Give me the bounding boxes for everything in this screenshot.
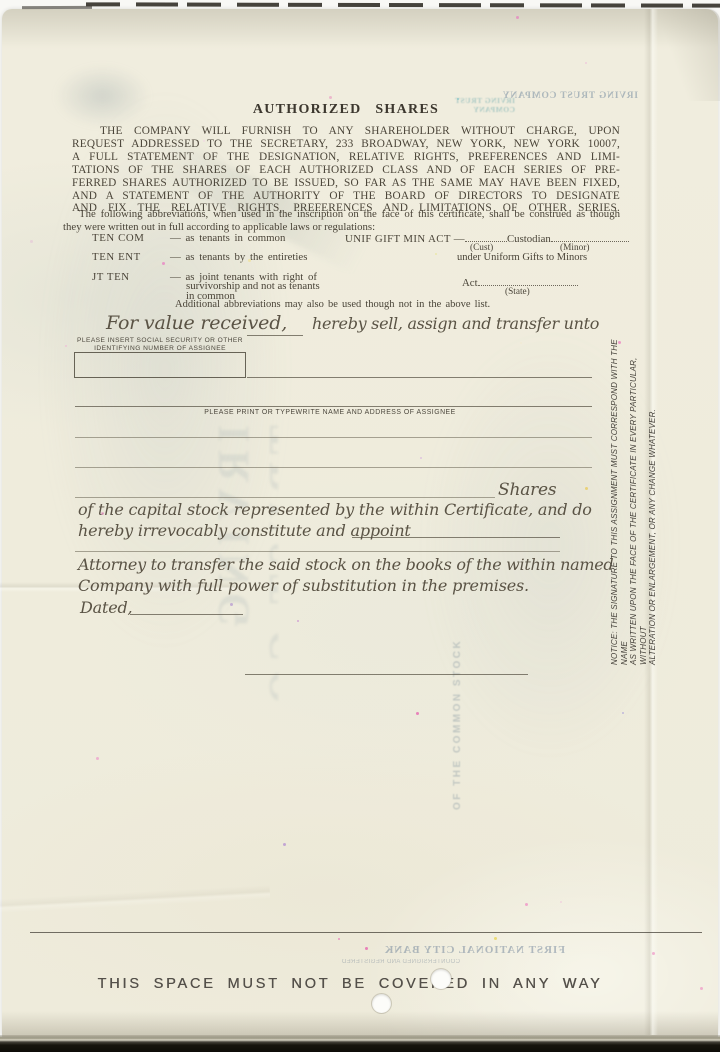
- paper-fiber-speck: [101, 512, 104, 515]
- paper-fiber-speck: [700, 987, 703, 990]
- paper-fiber-speck: [230, 603, 233, 606]
- dated-fill-line: [130, 614, 243, 615]
- punch-hole-1: [431, 969, 451, 989]
- footer-separator-line: [30, 932, 702, 933]
- abbrev-ten-com-def: — as tenants in common: [170, 232, 285, 244]
- for-value-received-text: For value received,: [106, 312, 287, 334]
- paper-fiber-speck: [248, 259, 251, 262]
- paper-fiber-speck: [525, 903, 528, 906]
- paragraph-line: AND A STATEMENT OF THE AUTHORITY OF THE …: [72, 190, 620, 203]
- paragraph-line: A FULL STATEMENT OF THE DESIGNATION, REL…: [72, 151, 620, 164]
- paper-fiber-speck: [203, 140, 205, 142]
- company-statement-paragraph: THE COMPANY WILL FURNISH TO ANY SHAREHOL…: [72, 125, 620, 215]
- paper-fiber-speck: [283, 843, 286, 846]
- state-caption: (State): [505, 287, 530, 297]
- paper-fiber-speck: [457, 98, 459, 100]
- paper-fiber-speck: [420, 457, 422, 459]
- abbrev-ten-ent-def: — as tenants by the entireties: [170, 251, 307, 263]
- certificate-back-scan: IRVING TRUST COMPANY IRVING TRUST COMPAN…: [0, 0, 720, 1052]
- paper-fiber-speck: [297, 620, 299, 622]
- paragraph-line: THE COMPANY WILL FURNISH TO ANY SHAREHOL…: [72, 125, 620, 138]
- paper-fiber-speck: [329, 96, 332, 99]
- unif-gift-min-act-label: UNIF GIFT MIN ACT —: [345, 233, 465, 245]
- attorney-line2: Company with full power of substitution …: [78, 576, 529, 595]
- abbreviations-intro: The following abbreviations, when used i…: [63, 208, 620, 234]
- top-edge-shadow-left: [22, 6, 92, 9]
- signature-line: [245, 674, 528, 675]
- intro-line: The following abbreviations, when used i…: [63, 208, 620, 221]
- attorney-line1: Attorney to transfer the said stock on t…: [78, 555, 613, 574]
- signature-notice: NOTICE: THE SIGNATURE TO THIS ASSIGNMENT…: [610, 319, 640, 665]
- paper-fiber-speck: [416, 712, 419, 715]
- paper-fiber-speck: [494, 937, 497, 940]
- paper-fiber-speck: [65, 345, 67, 347]
- write-line-4: [75, 467, 592, 468]
- ssn-label: PLEASE INSERT SOCIAL SECURITY OR OTHER I…: [72, 337, 248, 352]
- write-line-5: [75, 497, 495, 498]
- top-edge-shadow: [86, 2, 720, 7]
- act-fill-line: [478, 276, 578, 286]
- bottom-edge-shadow: [0, 1035, 720, 1052]
- ssn-box: [74, 352, 246, 378]
- write-line-3: [75, 437, 592, 438]
- paper-fiber-speck: [618, 341, 621, 344]
- transfer-phrase-text: hereby sell, assign and transfer unto: [312, 314, 599, 333]
- paper-fiber-speck: [30, 240, 33, 243]
- paper-fiber-speck: [162, 262, 165, 265]
- paper-fiber-speck: [338, 938, 340, 940]
- shares-word: Shares: [498, 480, 556, 500]
- authorized-shares-title: AUTHORIZED SHARES: [72, 102, 620, 118]
- paper-fiber-speck: [435, 253, 437, 255]
- punch-hole-2: [372, 994, 391, 1013]
- additional-abbreviations-note: Additional abbreviations may also be use…: [175, 299, 490, 310]
- paper-fiber-speck: [520, 342, 522, 344]
- ssn-label-line1: PLEASE INSERT SOCIAL SECURITY OR OTHER: [72, 337, 248, 345]
- top-right-corner-shade: [648, 9, 720, 101]
- paper-fiber-speck: [365, 947, 368, 950]
- assignee-caption: PLEASE PRINT OR TYPEWRITE NAME AND ADDRE…: [150, 409, 510, 416]
- minor-fill-line: [551, 232, 629, 242]
- attorney-write-line: [75, 551, 560, 552]
- custodian-fill-line: [465, 232, 507, 242]
- footer-warning-text: THIS SPACE MUST NOT BE COVERED IN ANY WA…: [0, 976, 700, 992]
- paper-fiber-speck: [560, 901, 562, 903]
- paper-fiber-speck: [585, 62, 587, 64]
- appoint-fill-line: [352, 537, 560, 538]
- write-line-2: [75, 406, 592, 407]
- notice-line: ALTERATION OR ENLARGEMENT, OR ANY CHANGE…: [648, 319, 658, 665]
- paper-fiber-speck: [96, 757, 99, 760]
- paper-fiber-speck: [652, 952, 655, 955]
- paragraph-line: REQUEST ADDRESSED TO THE SECRETARY, 233 …: [72, 138, 620, 151]
- abbrev-ten-ent: TEN ENT: [92, 251, 141, 263]
- capital-stock-line1: of the capital stock represented by the …: [78, 500, 592, 519]
- paper-fiber-speck: [622, 712, 624, 714]
- write-line-1: [247, 377, 592, 378]
- paragraph-line: TATIONS OF THE SHARES OF EACH AUTHORIZED…: [72, 164, 620, 177]
- notice-line: NOTICE: THE SIGNATURE TO THIS ASSIGNMENT…: [610, 319, 629, 665]
- custodian-label: Custodian: [507, 233, 551, 245]
- paper-fiber-speck: [585, 487, 588, 490]
- paragraph-line: FERRED SHARES AUTHORIZED TO BE ISSUED, S…: [72, 177, 620, 190]
- abbrev-jt-ten: JT TEN: [92, 271, 130, 283]
- paper-fiber-speck: [516, 16, 519, 19]
- under-uniform-gifts: under Uniform Gifts to Minors: [457, 252, 587, 263]
- notice-line: AS WRITTEN UPON THE FACE OF THE CERTIFIC…: [629, 319, 648, 665]
- act-label: Act: [462, 277, 478, 289]
- dated-label: Dated,: [80, 598, 132, 617]
- abbrev-ten-com: TEN COM: [92, 232, 145, 244]
- for-value-fill-line: [247, 335, 303, 336]
